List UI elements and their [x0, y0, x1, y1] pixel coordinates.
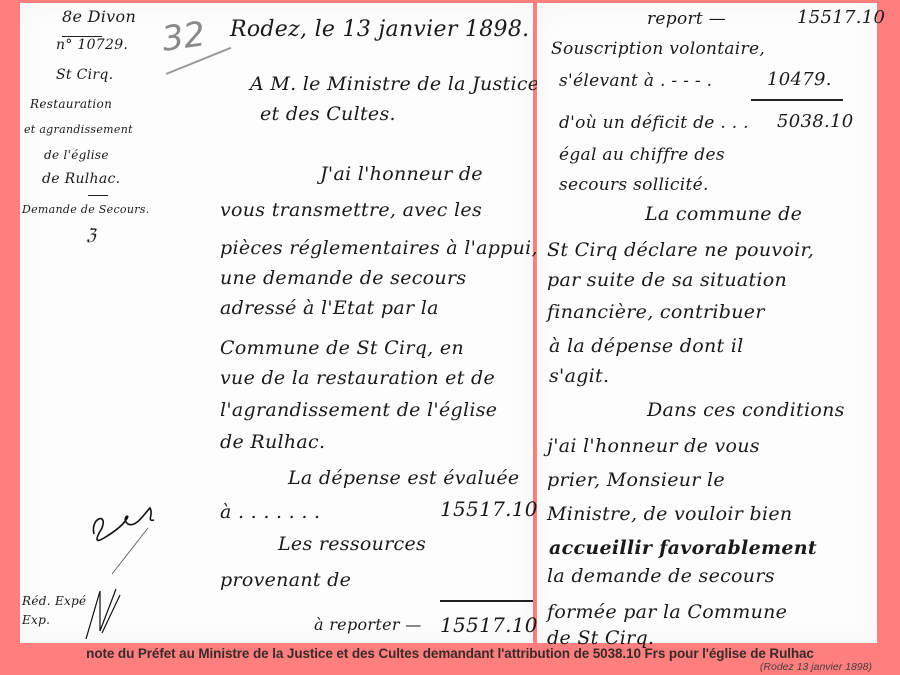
body-line: formée par la Commune — [547, 601, 787, 623]
margin-bottom-note-1: Réd. Expé — [22, 594, 86, 608]
sum-rule — [751, 99, 843, 101]
right-manuscript-page: report — 15517.10 Souscription volontair… — [537, 3, 877, 643]
body-line: vue de la restauration et de — [220, 367, 495, 389]
body-line: J'ai l'honneur de — [320, 163, 483, 185]
report-label: report — — [647, 9, 726, 29]
margin-note-division: 8e Divon — [62, 7, 136, 26]
body-line: Commune de St Cirq, en — [220, 337, 464, 359]
amount-report: 15517.10 — [797, 7, 885, 28]
body-line: Les ressources — [278, 533, 426, 555]
body-line: Dans ces conditions — [647, 399, 845, 421]
margin-note-commune: St Cirq. — [56, 67, 113, 83]
body-line: Souscription volontaire, — [551, 39, 765, 59]
sum-rule — [440, 600, 533, 602]
body-line: de Rulhac. — [220, 431, 325, 453]
body-line: provenant de — [220, 569, 351, 591]
signature-stroke — [80, 581, 130, 643]
body-line: prier, Monsieur le — [547, 469, 725, 491]
body-line: s'élevant à . - - - . — [559, 71, 712, 91]
letter-date: Rodez, le 13 janvier 1898. — [230, 17, 529, 42]
margin-note-subject-1: Restauration — [30, 97, 112, 111]
amount-depense: 15517.10 — [440, 497, 538, 521]
body-line: d'où un déficit de . . . — [559, 113, 749, 133]
margin-paraph: ℨ — [86, 225, 96, 244]
body-line: pièces réglementaires à l'appui, — [220, 237, 538, 259]
body-line: à la dépense dont il — [549, 335, 744, 357]
body-line: par suite de sa situation — [547, 269, 787, 291]
amount-reporter: 15517.10 — [440, 613, 538, 637]
amount-souscription: 10479. — [767, 69, 832, 90]
body-line: une demande de secours — [220, 267, 466, 289]
body-line: La commune de — [645, 203, 802, 225]
body-line: l'agrandissement de l'église — [220, 399, 497, 421]
margin-note-number: n° 10729. — [56, 37, 128, 53]
letter-addressee: A M. le Ministre de la Justice — [250, 73, 539, 95]
body-line: secours sollicité. — [559, 175, 709, 195]
body-line: vous transmettre, avec les — [220, 199, 482, 221]
body-line: égal au chiffre des — [559, 145, 725, 165]
body-line: s'agit. — [549, 365, 609, 387]
margin-bottom-note-2: Exp. — [22, 613, 50, 627]
margin-divider — [62, 36, 102, 37]
body-line: La dépense est évaluée — [288, 467, 519, 489]
margin-note-subject-4: de Rulhac. — [42, 171, 120, 187]
left-manuscript-page: 8e Divon n° 10729. St Cirq. Restauration… — [20, 3, 533, 643]
image-caption: note du Préfet au Ministre de la Justice… — [0, 646, 900, 661]
body-line: à reporter — — [314, 615, 422, 634]
margin-note-subject-2: et agrandissement — [24, 123, 133, 136]
body-line: adressé à l'Etat par la — [220, 297, 439, 319]
folio-number: 32 — [159, 14, 207, 60]
body-line: j'ai l'honneur de vous — [547, 435, 760, 457]
image-caption-date: (Rodez 13 janvier 1898) — [760, 661, 872, 673]
body-line: Ministre, de vouloir bien — [547, 503, 792, 525]
margin-divider — [88, 195, 108, 196]
initials-signature — [88, 498, 188, 558]
body-line: accueillir favorablement — [549, 537, 817, 559]
margin-note-request: Demande de Secours. — [22, 203, 150, 216]
letter-addressee-2: et des Cultes. — [260, 103, 396, 125]
body-line: la demande de secours — [547, 565, 775, 587]
body-line: financière, contribuer — [547, 301, 765, 323]
margin-note-subject-3: de l'église — [44, 148, 109, 162]
body-line: St Cirq déclare ne pouvoir, — [547, 239, 814, 261]
amount-deficit: 5038.10 — [777, 111, 854, 132]
body-line: à . . . . . . . — [220, 501, 320, 523]
